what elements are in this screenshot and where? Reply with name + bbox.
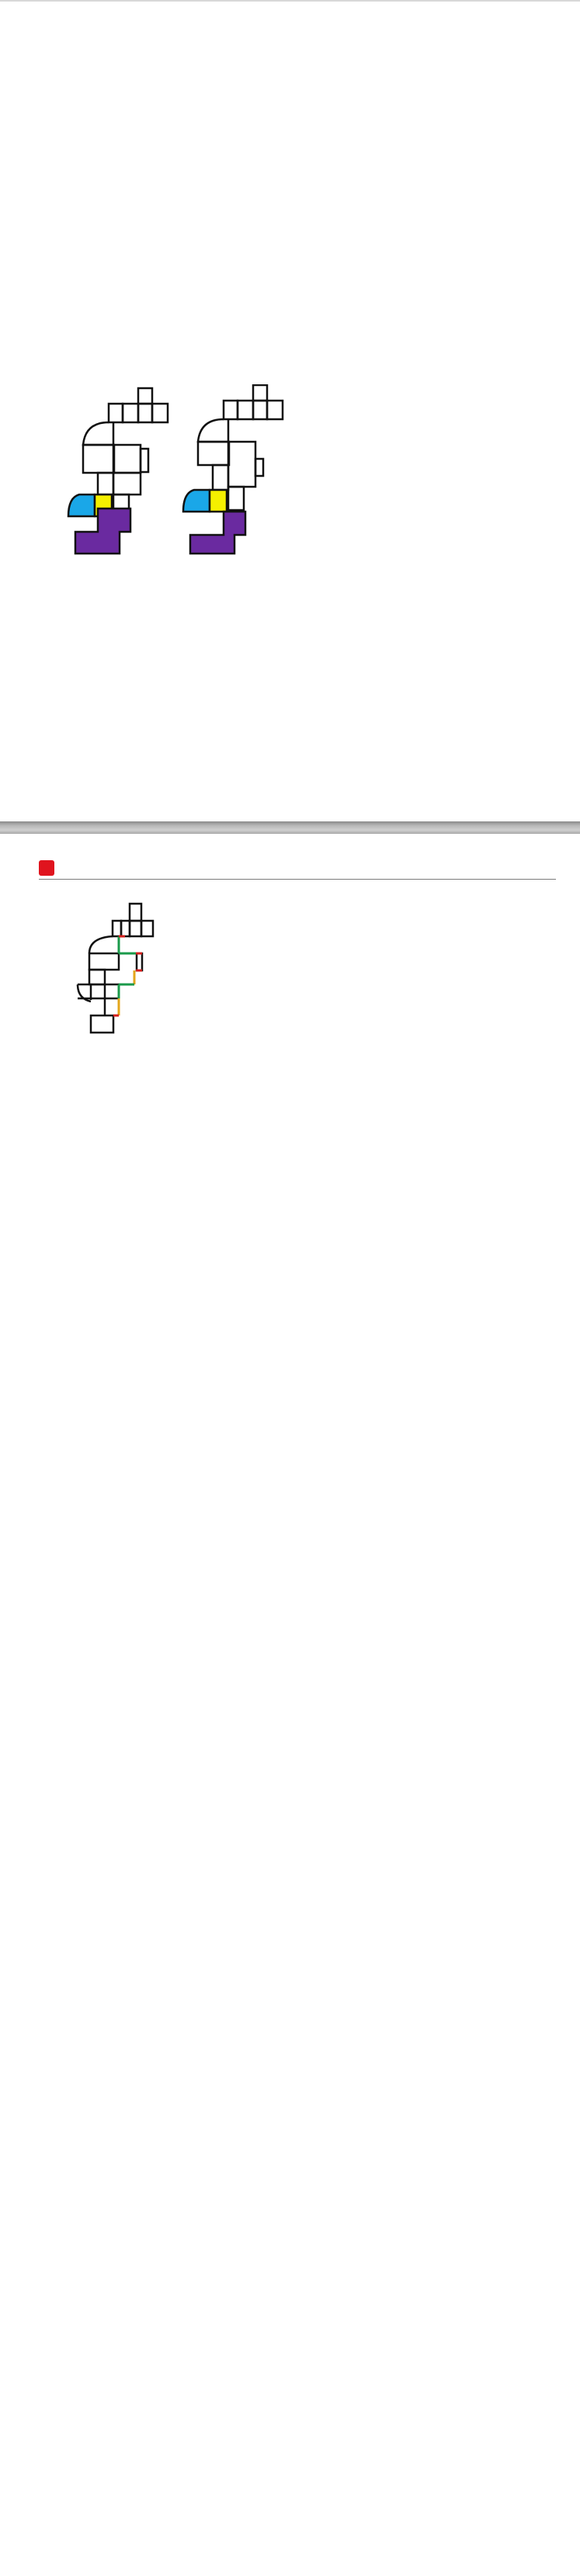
- figure-options-b-d: [62, 384, 295, 559]
- page-separator: [0, 821, 580, 834]
- figure-option-a: [74, 899, 159, 1039]
- option-d-yellow-square: [210, 490, 227, 512]
- page-top-edge: [0, 0, 580, 2]
- page-header: [39, 859, 556, 880]
- option-d-quarter-circle: [183, 490, 210, 512]
- brand-logo-icon: [39, 860, 54, 876]
- option-d-purple-l: [190, 512, 245, 554]
- option-b-quarter-circle: [68, 495, 95, 516]
